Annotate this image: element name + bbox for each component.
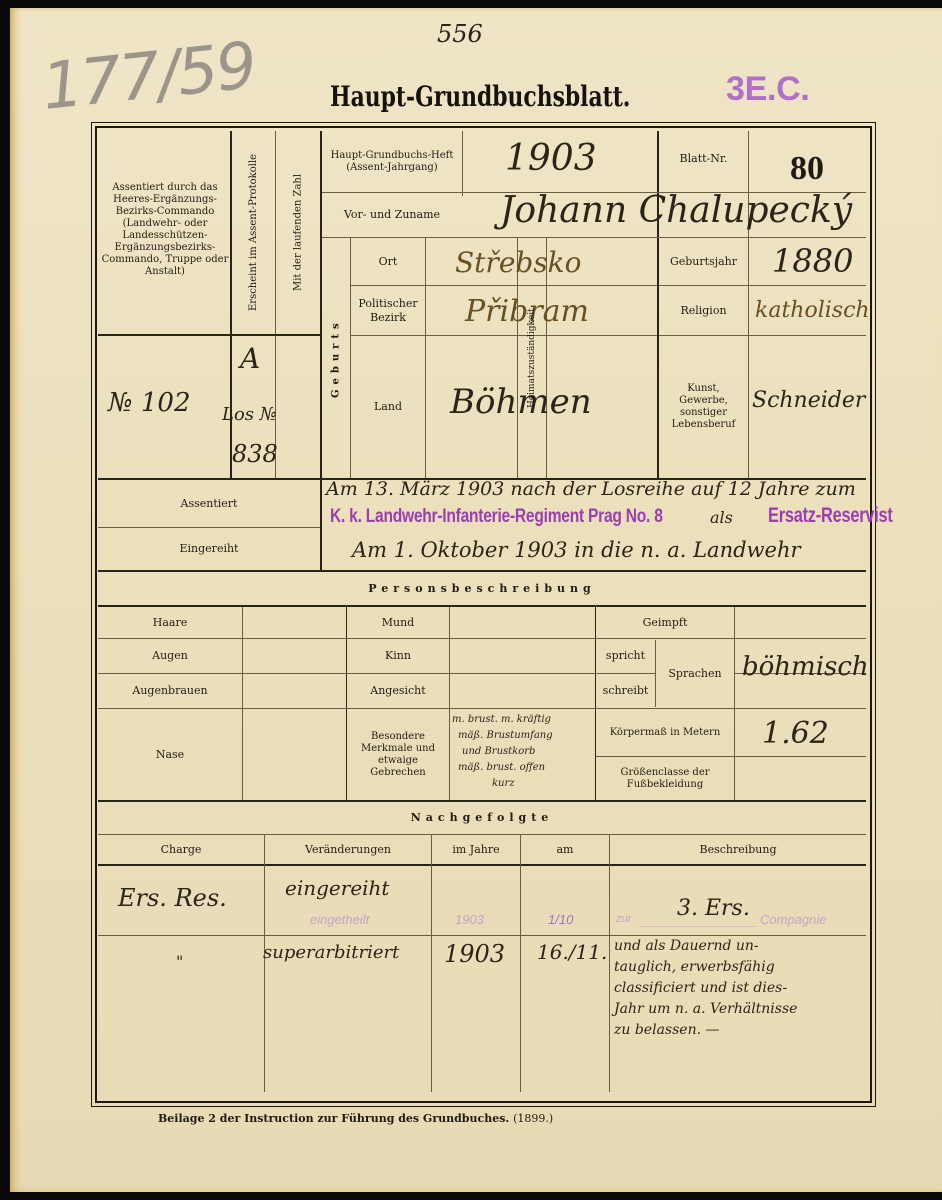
nase-label: Nase	[98, 709, 242, 800]
merkmale-label: Besondere Merkmale und etwaige Gebrechen	[347, 709, 449, 800]
geburts-label: Geburts	[322, 240, 350, 476]
row1-beschreibung: 3. Ers.	[677, 896, 750, 921]
spricht-label: spricht	[596, 639, 655, 673]
stamp-code: 3E.C.	[726, 70, 810, 109]
eingereiht-text: Am 1. Oktober 1903 in die n. a. Landwehr	[352, 538, 801, 562]
assent-letter: A	[240, 342, 260, 375]
col-charge: Charge	[98, 835, 264, 864]
sprachen-value: böhmisch	[742, 652, 869, 682]
angesicht-label: Angesicht	[347, 674, 449, 708]
row2-charge: "	[176, 952, 183, 971]
assentiert-label: Assentiert	[98, 480, 320, 527]
row1-charge: Ers. Res.	[118, 884, 227, 912]
row2-jahr: 1903	[444, 940, 505, 968]
koerpermass-label: Körpermaß in Metern	[596, 709, 734, 756]
mund-label: Mund	[347, 607, 449, 638]
row2-am: 16./11.	[537, 940, 607, 964]
status-stamp: Ersatz-Reservist	[768, 504, 893, 528]
geburtsjahr-value: 1880	[772, 242, 853, 280]
page-number: 556	[437, 20, 483, 48]
row1-beschreibung-suffix: Compagnie	[760, 912, 827, 927]
name-value: Johann Chalupecký	[500, 190, 852, 231]
page-title: Haupt-Grundbuchsblatt.	[330, 80, 630, 113]
col-veraenderungen: Veränderungen	[265, 835, 431, 864]
blatt-label: Blatt-Nr.	[659, 131, 748, 186]
eingereiht-label: Eingereiht	[98, 528, 320, 570]
assentiert-text: Am 13. März 1903 nach der Losreihe auf 1…	[326, 478, 856, 500]
col-beschreibung: Beschreibung	[610, 835, 866, 864]
ort-label: Ort	[351, 238, 425, 285]
religion-value: katholisch	[755, 298, 870, 323]
schreibt-label: schreibt	[596, 674, 655, 708]
row1-am: 1/10	[548, 912, 573, 927]
heft-label: Haupt-Grundbuchs-Heft (Assent-Jahrgang)	[322, 131, 462, 192]
sprachen-label: Sprachen	[656, 639, 734, 708]
assent-number: № 102	[108, 388, 191, 418]
row2-beschreibung: und als Dauernd un- tauglich, erwerbsfäh…	[614, 936, 874, 1041]
merkmale-value: m. brust. m. kräftig mäß. Brustumfang un…	[452, 712, 594, 792]
blatt-value: 80	[790, 150, 824, 188]
heft-value: 1903	[505, 138, 597, 179]
row1-dotted-line	[640, 926, 755, 927]
laufende-zahl-label: Mit der laufenden Zahl	[276, 135, 320, 330]
religion-label: Religion	[659, 286, 748, 335]
geburtsjahr-label: Geburtsjahr	[659, 238, 748, 285]
fussbekleidung-label: Größenclasse der Fußbekleidung	[596, 757, 734, 800]
land-label: Land	[351, 336, 425, 478]
heimatszustaendigkeit-label: Heimatszuständigkeit	[518, 240, 546, 476]
augenbrauen-label: Augenbrauen	[98, 674, 242, 708]
row1-veraenderung: eingereiht	[285, 876, 389, 900]
row1-jahr: 1903	[455, 912, 484, 927]
bezirk-label: Politischer Bezirk	[351, 286, 425, 335]
row2-veraenderung: superarbitriert	[263, 942, 399, 963]
koerpermass-value: 1.62	[762, 716, 829, 751]
als-text: als	[710, 508, 733, 527]
col-im-jahre: im Jahre	[432, 835, 520, 864]
beruf-label: Kunst, Gewerbe, sonstiger Lebensberuf	[659, 336, 748, 478]
beruf-value: Schneider	[752, 388, 865, 413]
name-label: Vor- und Zuname	[322, 193, 462, 237]
row1-beschreibung-prefix: zur	[616, 913, 631, 925]
row1-veraenderung-printed: eingetheilt	[310, 912, 369, 927]
regiment-stamp: K. k. Landwehr-Infanterie-Regiment Prag …	[330, 506, 663, 528]
erscheint-label: Erscheint im Assent-Protokolle	[232, 135, 275, 330]
footer-note: Beilage 2 der Instruction zur Führung de…	[158, 1112, 553, 1125]
haare-label: Haare	[98, 607, 242, 638]
footer-year: (1899.)	[513, 1112, 553, 1125]
col-am: am	[521, 835, 609, 864]
los-label: Los №	[222, 404, 277, 425]
kinn-label: Kinn	[347, 639, 449, 673]
augen-label: Augen	[98, 639, 242, 673]
nachgefolgte-title: Nachgefolgte	[98, 802, 866, 834]
los-value: 838	[232, 440, 278, 468]
assentiert-durch-label: Assentiert durch das Heeres-Ergänzungs-B…	[100, 150, 230, 310]
geimpft-label: Geimpft	[596, 607, 734, 638]
footer-text: Beilage 2 der Instruction zur Führung de…	[158, 1112, 509, 1125]
personsbeschreibung-title: Personsbeschreibung	[98, 572, 866, 606]
